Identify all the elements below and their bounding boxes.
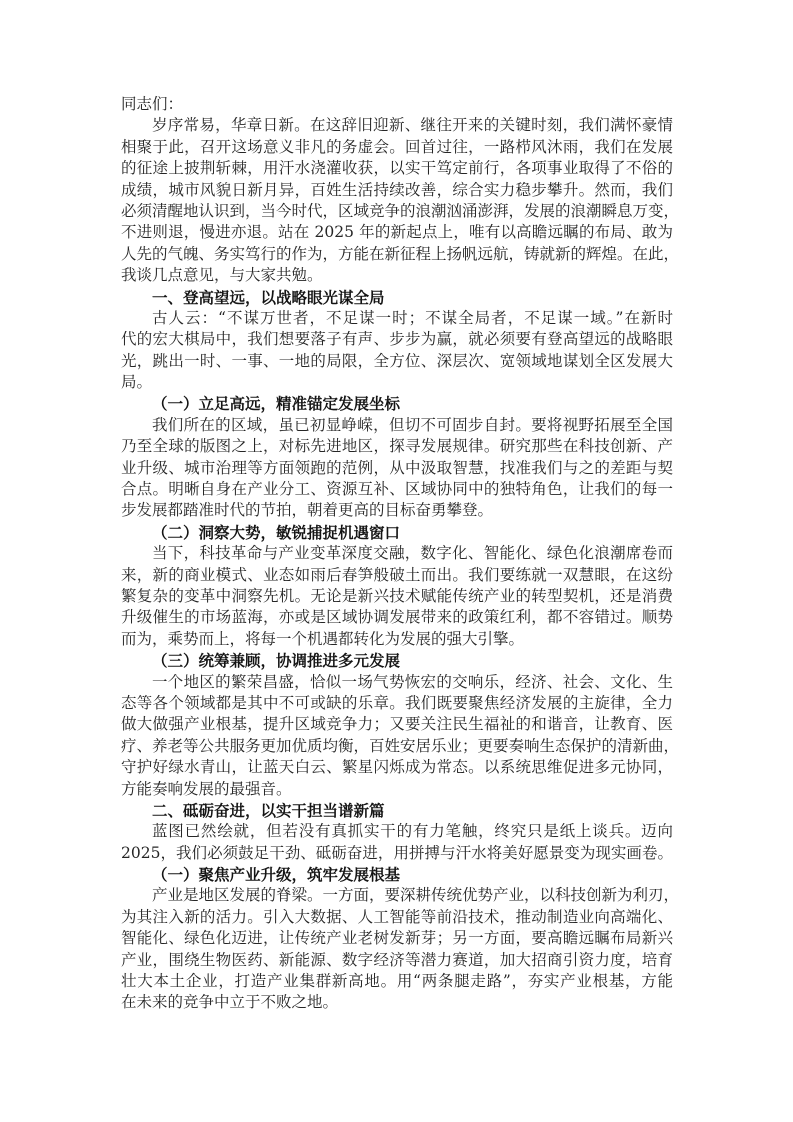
- paragraph-line: 必须清醒地认识到，当今时代，区域竞争的浪潮汹涌澎湃，发展的浪潮瞬息万变，: [121, 201, 673, 222]
- subsection-heading-1-1: （一）立足高远，精准锚定发展坐标: [121, 393, 673, 414]
- intro-paragraph: 岁序常易，华章日新。在这辞旧迎新、继往开来的关键时刻，我们满怀豪情 相聚于此，召…: [121, 115, 673, 286]
- paragraph-line: 壮大本土企业，打造产业集群新高地。用“两条腿走路”，夯实产业根基，方能: [121, 971, 673, 992]
- paragraph-line: 我谈几点意见，与大家共勉。: [121, 265, 673, 286]
- paragraph-line: 的征途上披荆斩棘，用汗水浇灌收获，以实干笃定前行，各项事业取得了不俗的: [121, 158, 673, 179]
- paragraph-line: 守护好绿水青山，让蓝天白云、繁星闪烁成为常态。以系统思维促进多元协同，: [121, 757, 673, 778]
- subsection-heading-1-2: （二）洞察大势，敏锐捕捉机遇窗口: [121, 522, 673, 543]
- paragraph-line: 产业是地区发展的脊梁。一方面，要深耕传统优势产业，以科技创新为利刃，: [121, 885, 673, 906]
- subsection-heading-2-1: （一）聚焦产业升级，筑牢发展根基: [121, 864, 673, 885]
- subsection-1-3-paragraph: 一个地区的繁荣昌盛，恰似一场气势恢宏的交响乐，经济、社会、文化、生 态等各个领域…: [121, 672, 673, 800]
- paragraph-line: 合点。明晰自身在产业分工、资源互补、区域协同中的独特角色，让我们的每一: [121, 479, 673, 500]
- section-1-paragraph: 古人云：“不谋万世者，不足谋一时；不谋全局者，不足谋一域。”在新时 代的宏大棋局…: [121, 308, 673, 394]
- salutation-text: 同志们：: [121, 94, 673, 115]
- paragraph-line: 智能化、绿色化迈进，让传统产业老树发新芽；另一方面，要高瞻远瞩布局新兴: [121, 928, 673, 949]
- paragraph-line: 局。: [121, 372, 673, 393]
- paragraph-line: 疗、养老等公共服务更加优质均衡，百姓安居乐业；更要奏响生态保护的清新曲，: [121, 736, 673, 757]
- paragraph-line: 我们所在的区域，虽已初显峥嵘，但切不可固步自封。要将视野拓展至全国: [121, 415, 673, 436]
- paragraph-line: 业升级、城市治理等方面领跑的范例，从中汲取智慧，找准我们与之的差距与契: [121, 458, 673, 479]
- paragraph-line: 代的宏大棋局中，我们想要落子有声、步步为赢，就必须要有登高望远的战略眼: [121, 329, 673, 350]
- paragraph-line: 岁序常易，华章日新。在这辞旧迎新、继往开来的关键时刻，我们满怀豪情: [121, 115, 673, 136]
- paragraph-line: 态等各个领域都是其中不可或缺的乐章。我们既要聚焦经济发展的主旋律，全力: [121, 693, 673, 714]
- section-heading-1: 一、登高望远，以战略眼光谋全局: [121, 287, 673, 308]
- paragraph-line: 做大做强产业根基，提升区域竞争力；又要关注民生福祉的和谐音，让教育、医: [121, 714, 673, 735]
- paragraph-line: 古人云：“不谋万世者，不足谋一时；不谋全局者，不足谋一域。”在新时: [121, 308, 673, 329]
- paragraph-line: 当下，科技革命与产业变革深度交融，数字化、智能化、绿色化浪潮席卷而: [121, 543, 673, 564]
- paragraph-line: 为其注入新的活力。引入大数据、人工智能等前沿技术，推动制造业向高端化、: [121, 907, 673, 928]
- paragraph-line: 成绩，城市风貌日新月异，百姓生活持续改善，综合实力稳步攀升。然而，我们: [121, 180, 673, 201]
- paragraph-line: 来，新的商业模式、业态如雨后春笋般破土而出。我们要练就一双慧眼，在这纷: [121, 565, 673, 586]
- salutation: 同志们：: [121, 94, 673, 115]
- paragraph-line: 方能奏响发展的最强音。: [121, 779, 673, 800]
- paragraph-line: 光，跳出一时、一事、一地的局限，全方位、深层次、宽领域地谋划全区发展大: [121, 351, 673, 372]
- paragraph-line: 一个地区的繁荣昌盛，恰似一场气势恢宏的交响乐，经济、社会、文化、生: [121, 672, 673, 693]
- paragraph-line: 步发展都踏准时代的节拍，朝着更高的目标奋勇攀登。: [121, 500, 673, 521]
- paragraph-line: 乃至全球的版图之上，对标先进地区，探寻发展规律。研究那些在科技创新、产: [121, 436, 673, 457]
- paragraph-line: 不进则退，慢进亦退。站在 2025 年的新起点上，唯有以高瞻远瞩的布局、敢为: [121, 222, 673, 243]
- paragraph-line: 2025，我们必须鼓足干劲、砥砺奋进，用拼搏与汗水将美好愿景变为现实画卷。: [121, 843, 673, 864]
- paragraph-line: 相聚于此，召开这场意义非凡的务虚会。回首过往，一路栉风沐雨，我们在发展: [121, 137, 673, 158]
- document-page: 同志们： 岁序常易，华章日新。在这辞旧迎新、继往开来的关键时刻，我们满怀豪情 相…: [121, 94, 673, 1014]
- subsection-heading-1-3: （三）统筹兼顾，协调推进多元发展: [121, 650, 673, 671]
- subsection-1-2-paragraph: 当下，科技革命与产业变革深度交融，数字化、智能化、绿色化浪潮席卷而 来，新的商业…: [121, 543, 673, 650]
- paragraph-line: 人先的气魄、务实笃行的作为，方能在新征程上扬帆远航，铸就新的辉煌。在此，: [121, 244, 673, 265]
- section-2-paragraph: 蓝图已然绘就，但若没有真抓实干的有力笔触，终究只是纸上谈兵。迈向 2025，我们…: [121, 821, 673, 864]
- section-heading-2: 二、砥砺奋进，以实干担当谱新篇: [121, 800, 673, 821]
- subsection-1-1-paragraph: 我们所在的区域，虽已初显峥嵘，但切不可固步自封。要将视野拓展至全国 乃至全球的版…: [121, 415, 673, 522]
- paragraph-line: 而为，乘势而上，将每一个机遇都转化为发展的强大引擎。: [121, 629, 673, 650]
- paragraph-line: 蓝图已然绘就，但若没有真抓实干的有力笔触，终究只是纸上谈兵。迈向: [121, 821, 673, 842]
- paragraph-line: 升级催生的市场蓝海，亦或是区域协调发展带来的政策红利，都不容错过。顺势: [121, 607, 673, 628]
- paragraph-line: 产业，围绕生物医药、新能源、数字经济等潜力赛道，加大招商引资力度，培育: [121, 950, 673, 971]
- subsection-2-1-paragraph: 产业是地区发展的脊梁。一方面，要深耕传统优势产业，以科技创新为利刃， 为其注入新…: [121, 885, 673, 1013]
- paragraph-line: 在未来的竞争中立于不败之地。: [121, 992, 673, 1013]
- paragraph-line: 繁复杂的变革中洞察先机。无论是新兴技术赋能传统产业的转型契机，还是消费: [121, 586, 673, 607]
